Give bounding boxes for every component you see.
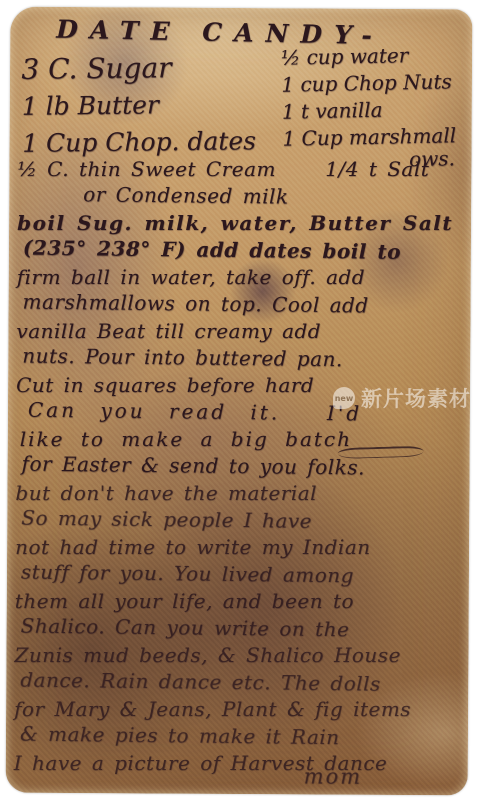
handwritten-line: marshmallows on top. Cool add — [16, 288, 466, 320]
handwritten-line: firm ball in water, take off. add — [17, 264, 467, 291]
handwritten-line: but don't have the material — [15, 480, 465, 507]
handwritten-line: not had time to write my Indian — [15, 534, 465, 561]
handwritten-line: for Mary & Jeans, Plant & fig items — [14, 696, 464, 723]
handwritten-line: them all your life, and been to — [15, 588, 465, 615]
ingredient-line: 1 lb Butter — [22, 85, 272, 125]
ingredient-list-right: ½ cup water1 cup Chop Nuts1 t vanilla1 C… — [281, 41, 469, 171]
signature: mom — [304, 764, 363, 788]
handwritten-line: boil Sug. milk, water, Butter Salt — [17, 210, 467, 237]
handwritten-line: vanilla Beat till creamy add — [16, 318, 466, 345]
handwritten-line: (235° 238° F) add dates boil to — [17, 234, 467, 266]
handwritten-line: & make pies to make it Rain — [14, 720, 464, 752]
ingredient-line: 1 t vanilla — [282, 95, 469, 126]
ingredient-list-left: 3 C. Sugar1 lb Butter1 Cup Chop. dates — [21, 48, 272, 162]
handwritten-line: Shalico. Can you write on the — [14, 612, 464, 644]
ingredient-line: 3 C. Sugar — [21, 48, 271, 88]
handwritten-line: So may sick people I have — [15, 504, 465, 536]
recipe-body: ½ C. thin Sweet Cream 1/4 t Saltor Conde… — [14, 155, 468, 779]
handwritten-line: ½ C. thin Sweet Cream 1/4 t Salt — [17, 156, 467, 183]
ingredient-line: 1 cup Chop Nuts — [281, 68, 468, 99]
handwritten-line: stuff for you. You lived among — [15, 558, 465, 590]
handwritten-line: or Condensed milk — [17, 180, 467, 212]
handwritten-line: I have a picture of Harvest dance — [14, 750, 464, 777]
handwritten-line: Zunis mud beeds, & Shalico House — [14, 642, 464, 669]
handwritten-line: dance. Rain dance etc. The dolls — [14, 666, 464, 698]
recipe-card-photo: DATE CANDY- 3 C. Sugar1 lb Butter1 Cup C… — [6, 7, 473, 796]
handwritten-line: nuts. Pour into buttered pan. — [16, 342, 466, 374]
handwritten-line: Cut in squares before hard — [16, 372, 466, 399]
ingredient-line: ½ cup water — [281, 41, 468, 72]
handwritten-line: Can you read it. I'd — [16, 396, 466, 428]
